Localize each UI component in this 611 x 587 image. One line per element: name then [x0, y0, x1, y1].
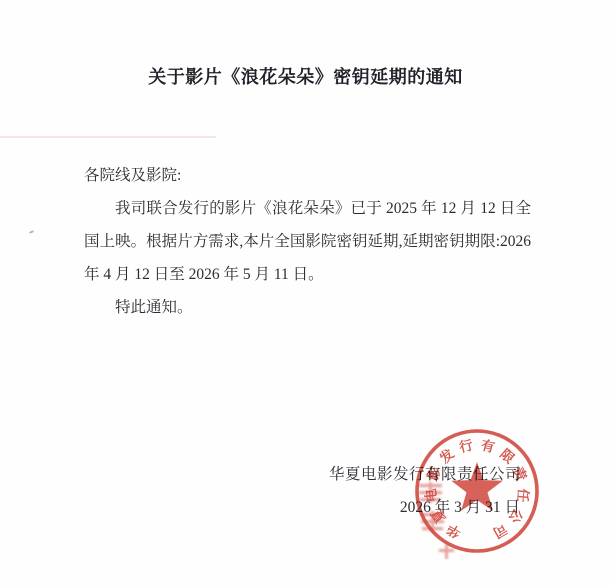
closing-line: 特此通知。 — [84, 291, 531, 324]
salutation-line: 各院线及影院: — [84, 159, 531, 192]
body-paragraph: 我司联合发行的影片《浪花朵朵》已于 2025 年 12 月 12 日全国上映。根… — [84, 192, 531, 291]
seal-text-char: 华 — [443, 521, 463, 542]
document-title: 关于影片《浪花朵朵》密钥延期的通知 — [0, 63, 611, 89]
document-body: 各院线及影院: 我司联合发行的影片《浪花朵朵》已于 2025 年 12 月 12… — [84, 159, 531, 324]
scan-artifact-speck — [29, 230, 34, 234]
seal-text-char: 影 — [424, 464, 444, 483]
seal-text-char: 责 — [510, 464, 530, 484]
seal-text-char: 限 — [497, 446, 517, 467]
company-seal-stamp: 华夏电影发行有限责任公司 — [407, 421, 547, 561]
seal-text-char: 行 — [458, 436, 475, 455]
seal-text-char: 司 — [490, 521, 510, 542]
seal-text-char: 公 — [505, 506, 525, 526]
seal-smudge-marks — [419, 482, 454, 559]
seal-star-icon — [451, 462, 502, 511]
scan-artifact-line — [0, 136, 216, 138]
seal-text-char: 任 — [515, 488, 532, 503]
notice-document-page: 关于影片《浪花朵朵》密钥延期的通知 各院线及影院: 我司联合发行的影片《浪花朵朵… — [0, 0, 611, 587]
seal-text-char: 有 — [480, 436, 497, 455]
seal-text-char: 发 — [435, 445, 457, 467]
